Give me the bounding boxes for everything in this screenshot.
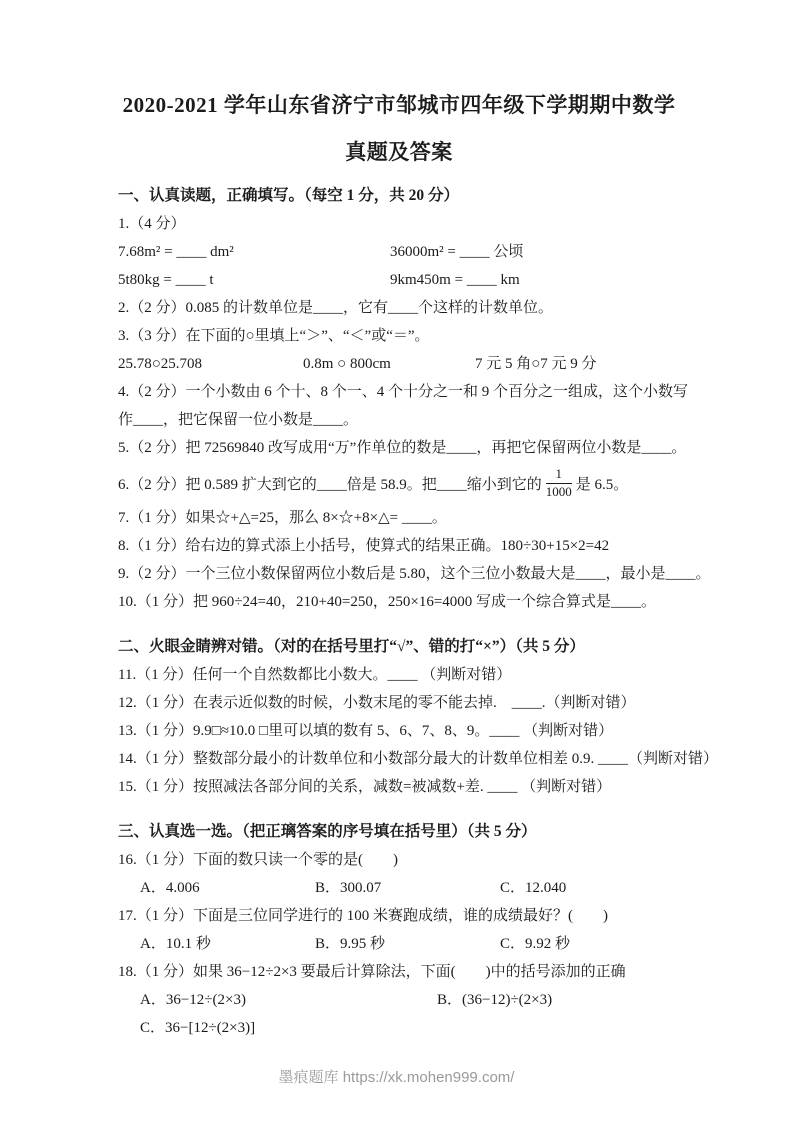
question-7: 7.（1 分）如果☆+△=25，那么 8×☆+8×△= ____。 xyxy=(118,504,680,532)
question-12: 12.（1 分）在表示近似数的时候，小数末尾的零不能去掉. ____.（判断对错… xyxy=(118,689,680,717)
q1-unit-conversion-2: 36000m² = ____ 公顷 xyxy=(390,238,523,266)
doc-title-line2: 真题及答案 xyxy=(118,139,680,165)
document-page: 2020-2021 学年山东省济宁市邹城市四年级下学期期中数学 真题及答案 一、… xyxy=(0,0,793,1122)
question-2: 2.（2 分）0.085 的计数单位是____，它有____个这样的计数单位。 xyxy=(118,294,680,322)
q6-text-after-fraction: 是 6.5。 xyxy=(576,473,629,494)
question-13: 13.（1 分）9.9□≈10.0 □里可以填的数有 5、6、7、8、9。___… xyxy=(118,717,680,745)
question-14: 14.（1 分）整数部分最小的计数单位和小数部分最大的计数单位相差 0.9. _… xyxy=(118,745,680,773)
question-16-option-a: A．4.006 xyxy=(140,874,315,902)
q3-comparison-2: 0.8m ○ 800cm xyxy=(303,350,475,378)
question-16: 16.（1 分）下面的数只读一个零的是( ) xyxy=(118,846,680,874)
question-4-line-1: 4.（2 分）一个小数由 6 个十、8 个一、4 个十分之一和 9 个百分之一组… xyxy=(118,378,680,406)
q6-fraction-denominator: 1000 xyxy=(546,484,572,500)
q3-comparison-3: 7 元 5 角○7 元 9 分 xyxy=(475,350,597,378)
question-4-line-2: 作____，把它保留一位小数是____。 xyxy=(118,406,680,434)
question-1-label: 1.（4 分） xyxy=(118,210,680,238)
question-18: 18.（1 分）如果 36−12÷2×3 要最后计算除法，下面( )中的括号添加… xyxy=(118,958,680,986)
section-2-heading: 二、火眼金睛辨对错。（对的在括号里打“√”、错的打“×”）（共 5 分） xyxy=(118,633,680,661)
section-3-heading: 三、认真选一选。（把正璃答案的序号填在括号里）（共 5 分） xyxy=(118,818,680,846)
question-3: 3.（3 分）在下面的○里填上“＞”、“＜”或“＝”。 xyxy=(118,322,680,350)
question-16-option-c: C．12.040 xyxy=(500,874,566,902)
q6-fraction: 1 1000 xyxy=(546,467,572,500)
question-10: 10.（1 分）把 960÷24=40，210+40=250，250×16=40… xyxy=(118,588,680,616)
question-3-comparisons: 25.78○25.708 0.8m ○ 800cm 7 元 5 角○7 元 9 … xyxy=(118,350,680,378)
question-17-options: A．10.1 秒 B．9.95 秒 C．9.92 秒 xyxy=(118,930,680,958)
question-17-option-c: C．9.92 秒 xyxy=(500,930,570,958)
question-17-option-b: B．9.95 秒 xyxy=(315,930,500,958)
question-1-row-1: 7.68m² = ____ dm² 36000m² = ____ 公顷 xyxy=(118,238,680,266)
question-17-option-a: A．10.1 秒 xyxy=(140,930,315,958)
section-1-heading: 一、认真读题，正确填写。（每空 1 分，共 20 分） xyxy=(118,182,680,210)
q6-fraction-numerator: 1 xyxy=(546,467,572,484)
question-16-options: A．4.006 B．300.07 C．12.040 xyxy=(118,874,680,902)
q6-text-before-fraction: 6.（2 分）把 0.589 扩大到它的____倍是 58.9。把____缩小到… xyxy=(118,473,542,494)
q1-unit-conversion-4: 9km450m = ____ km xyxy=(390,266,520,294)
footer-watermark: 墨痕题库 https://xk.mohen999.com/ xyxy=(0,1066,793,1087)
question-18-option-b: B．(36−12)÷(2×3) xyxy=(437,986,552,1014)
question-17: 17.（1 分）下面是三位同学进行的 100 米赛跑成绩，谁的成绩最好？( ) xyxy=(118,902,680,930)
q1-unit-conversion-3: 5t80kg = ____ t xyxy=(118,266,390,294)
doc-title-line1: 2020-2021 学年山东省济宁市邹城市四年级下学期期中数学 xyxy=(118,92,680,118)
question-15: 15.（1 分）按照减法各部分间的关系，减数=被减数+差. ____ （判断对错… xyxy=(118,773,680,801)
question-5: 5.（2 分）把 72569840 改写成用“万”作单位的数是____，再把它保… xyxy=(118,434,680,462)
question-6: 6.（2 分）把 0.589 扩大到它的____倍是 58.9。把____缩小到… xyxy=(118,462,680,504)
question-18-option-c: C．36−[12÷(2×3)] xyxy=(118,1014,680,1042)
question-9: 9.（2 分）一个三位小数保留两位小数后是 5.80，这个三位小数最大是____… xyxy=(118,560,680,588)
question-16-option-b: B．300.07 xyxy=(315,874,500,902)
question-1-row-2: 5t80kg = ____ t 9km450m = ____ km xyxy=(118,266,680,294)
question-8: 8.（1 分）给右边的算式添上小括号，使算式的结果正确。180÷30+15×2=… xyxy=(118,532,680,560)
q3-comparison-1: 25.78○25.708 xyxy=(118,350,303,378)
question-18-options: A．36−12÷(2×3) B．(36−12)÷(2×3) xyxy=(118,986,680,1014)
document-content: 2020-2021 学年山东省济宁市邹城市四年级下学期期中数学 真题及答案 一、… xyxy=(118,0,680,1042)
q1-unit-conversion-1: 7.68m² = ____ dm² xyxy=(118,238,390,266)
question-18-option-a: A．36−12÷(2×3) xyxy=(140,986,437,1014)
question-11: 11.（1 分）任何一个自然数都比小数大。____ （判断对错） xyxy=(118,661,680,689)
